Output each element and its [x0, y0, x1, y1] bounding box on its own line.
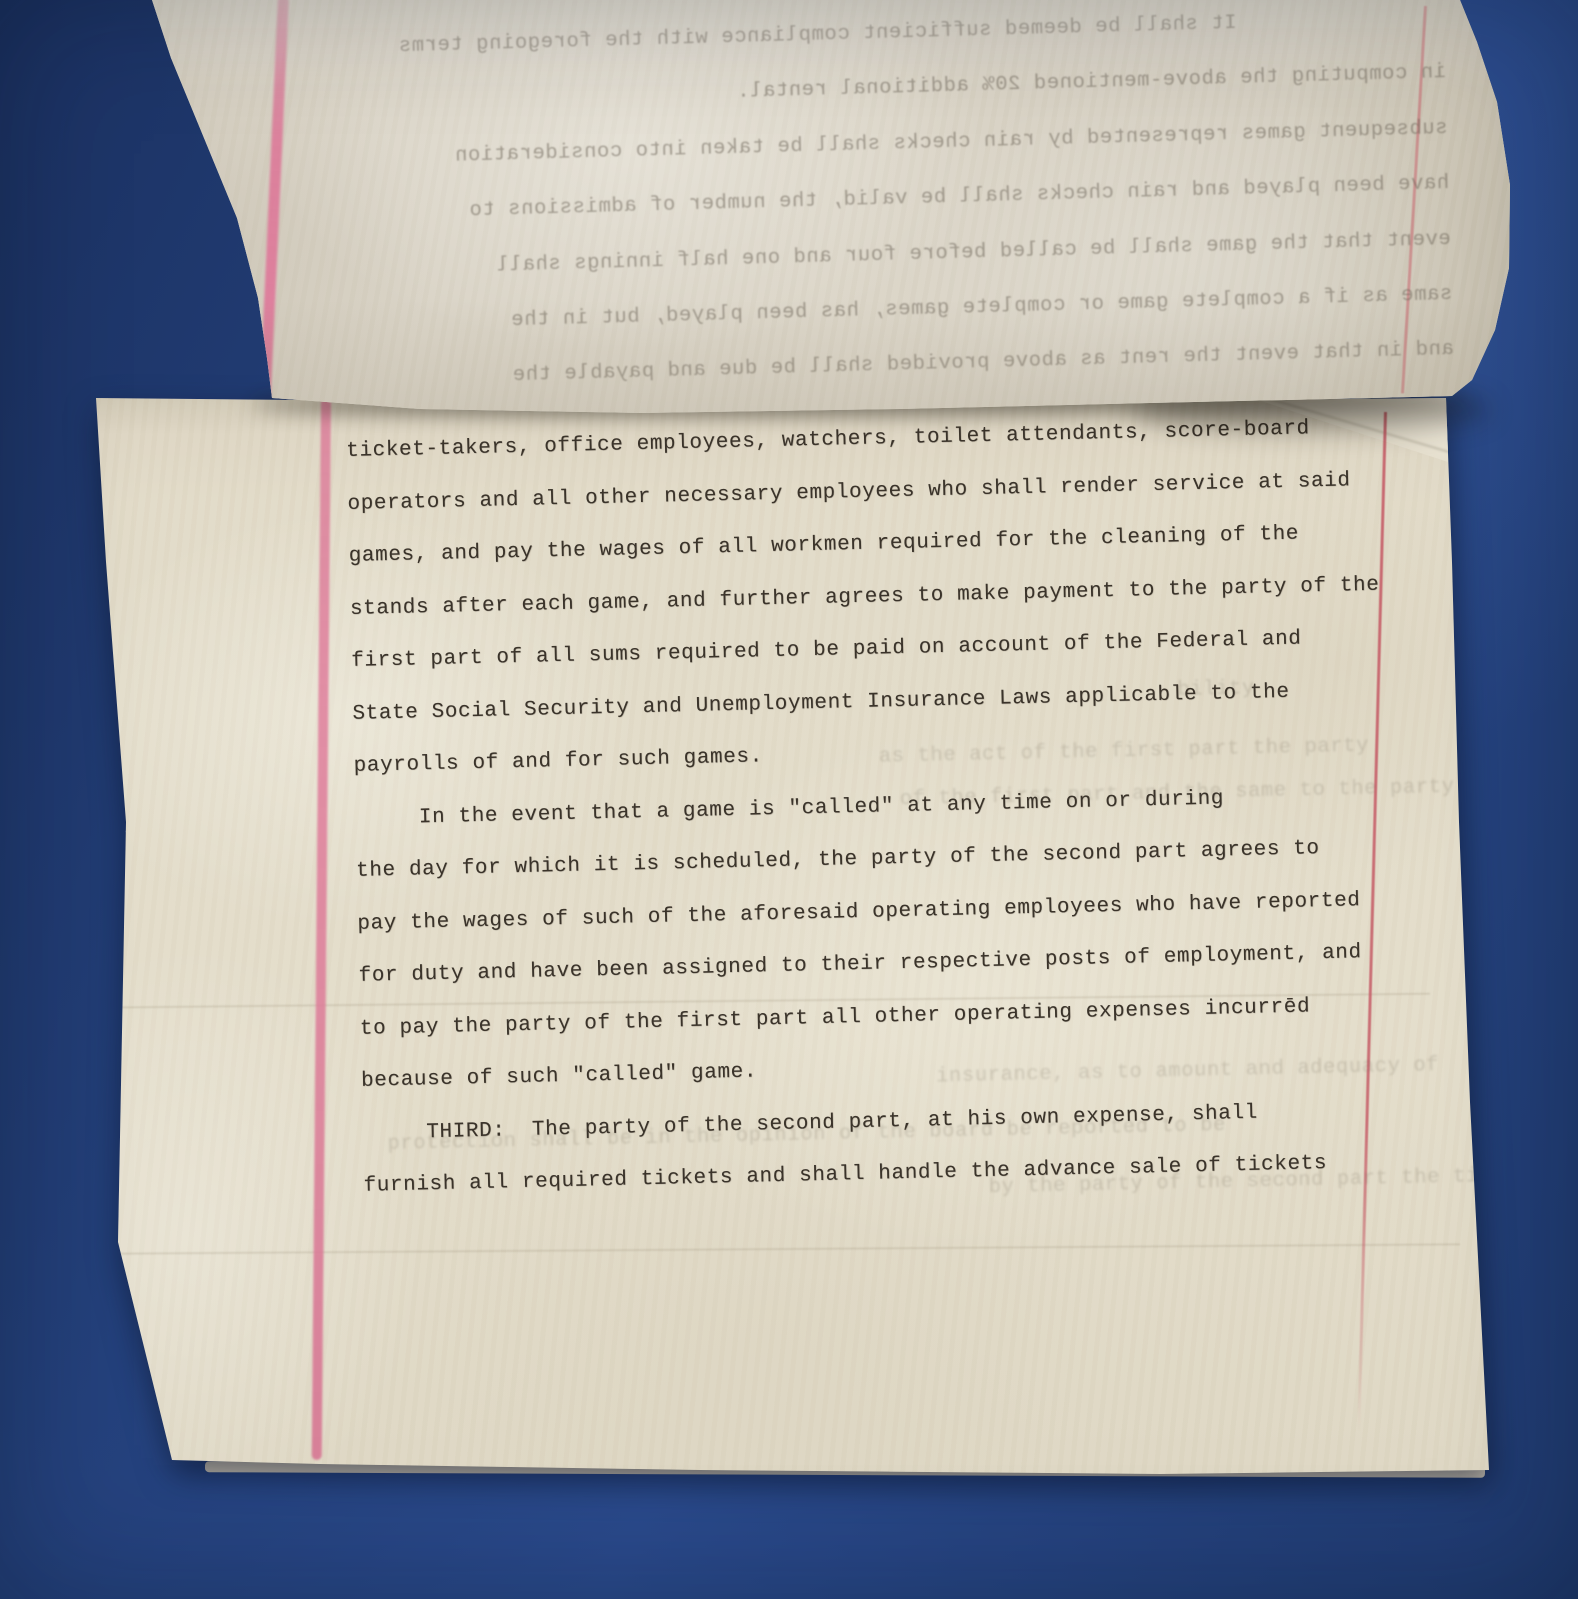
typewritten-text-block: ticket-takers, office employees, watcher…	[346, 413, 1515, 1240]
contract-page: of the first part and the same to the pa…	[0, 392, 1578, 1478]
typed-line: the day for which it is scheduled, the p…	[356, 837, 1320, 883]
typed-line: furnish all required tickets and shall h…	[363, 1152, 1327, 1198]
typed-line: stands after each game, and further agre…	[350, 573, 1380, 620]
typed-line: THIRD: The party of the second part, at …	[362, 1101, 1258, 1145]
typed-line: pay the wages of such of the aforesaid o…	[357, 889, 1361, 936]
typed-line: to pay the party of the first part all o…	[360, 995, 1311, 1040]
mirrored-typed-line: and in that event the rent as above prov…	[512, 338, 1454, 387]
mirrored-typed-line: in computing the above-mentioned 20% add…	[736, 61, 1446, 104]
mirrored-typed-line: have been played and rain checks shall b…	[469, 172, 1450, 222]
typed-line: because of such "called" game.	[361, 1060, 757, 1092]
typed-line: payrolls of and for such games.	[353, 745, 763, 778]
typed-line: for duty and have been assigned to their…	[358, 941, 1362, 988]
typed-line: In the event that a game is "called" at …	[355, 787, 1225, 830]
photo-backdrop: of the first part and the same to the pa…	[0, 0, 1578, 1599]
typed-line: operators and all other necessary employ…	[347, 469, 1351, 516]
typed-line: State Social Security and Unemployment I…	[352, 680, 1290, 725]
mirrored-typed-line: It shall be deemed sufficient compliance…	[398, 6, 1445, 58]
mirrored-typed-line: event that the game shall be called befo…	[496, 228, 1451, 278]
mirrored-typed-line: same as if a complete game or complete g…	[510, 283, 1452, 332]
curl-right-margin-line	[1401, 6, 1427, 393]
mirrored-bleedthrough-text-block: It shall be deemed sufficient compliance…	[295, 6, 1456, 438]
typed-line: games, and pay the wages of all workmen …	[348, 523, 1299, 568]
mirrored-typed-line: subsequent games represented by rain che…	[454, 117, 1448, 168]
typed-line: first part of all sums required to be pa…	[351, 628, 1302, 673]
